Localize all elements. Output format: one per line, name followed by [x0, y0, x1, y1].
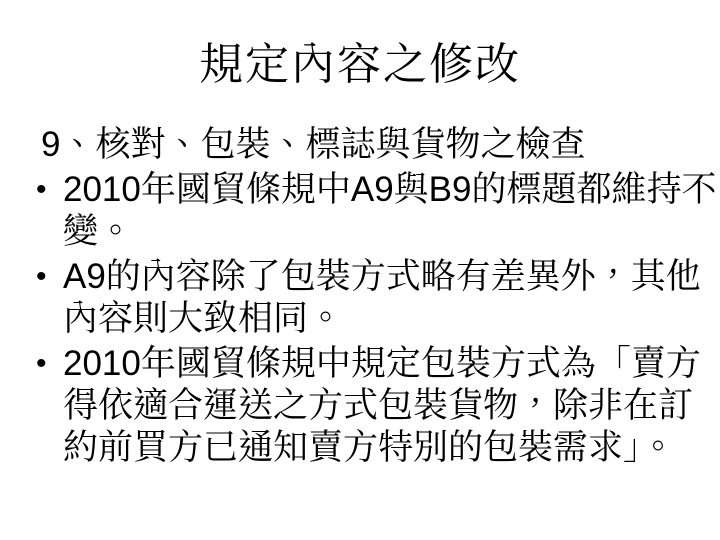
bullet-icon: •	[36, 169, 63, 211]
bullet-icon: •	[36, 256, 63, 298]
section-heading: 9、核對、包裝、標誌與貨物之檢查	[36, 124, 696, 166]
bullet-text-line: 2010年國貿條規中A9與B9的標題都維持不	[63, 169, 696, 211]
bullet-icon: •	[36, 343, 63, 385]
bullet-text-line: A9的內容除了包裝方式略有差異外，其他	[63, 256, 696, 298]
bullet-text-line: 變。	[63, 211, 696, 253]
presentation-slide: 規定內容之修改 9、核對、包裝、標誌與貨物之檢查 • 2010年國貿條規中A9與…	[0, 0, 720, 540]
bullet-text-line: 內容則大致相同。	[63, 298, 696, 340]
bullet-text-line: 2010年國貿條規中規定包裝方式為「賣方	[63, 343, 696, 385]
bullet-item: • A9的內容除了包裝方式略有差異外，其他 內容則大致相同。	[36, 256, 696, 340]
bullet-text-line: 約前買方已通知賣方特別的包裝需求」。	[63, 427, 696, 469]
slide-title: 規定內容之修改	[0, 40, 720, 91]
bullet-text: A9的內容除了包裝方式略有差異外，其他 內容則大致相同。	[63, 256, 696, 340]
bullet-item: • 2010年國貿條規中規定包裝方式為「賣方 得依適合運送之方式包裝貨物，除非在…	[36, 343, 696, 469]
slide-body: 9、核對、包裝、標誌與貨物之檢查 • 2010年國貿條規中A9與B9的標題都維持…	[36, 124, 696, 469]
bullet-text-line: 得依適合運送之方式包裝貨物，除非在訂	[63, 385, 696, 427]
bullet-item: • 2010年國貿條規中A9與B9的標題都維持不 變。	[36, 169, 696, 253]
bullet-text: 2010年國貿條規中A9與B9的標題都維持不 變。	[63, 169, 696, 253]
bullet-text: 2010年國貿條規中規定包裝方式為「賣方 得依適合運送之方式包裝貨物，除非在訂 …	[63, 343, 696, 469]
